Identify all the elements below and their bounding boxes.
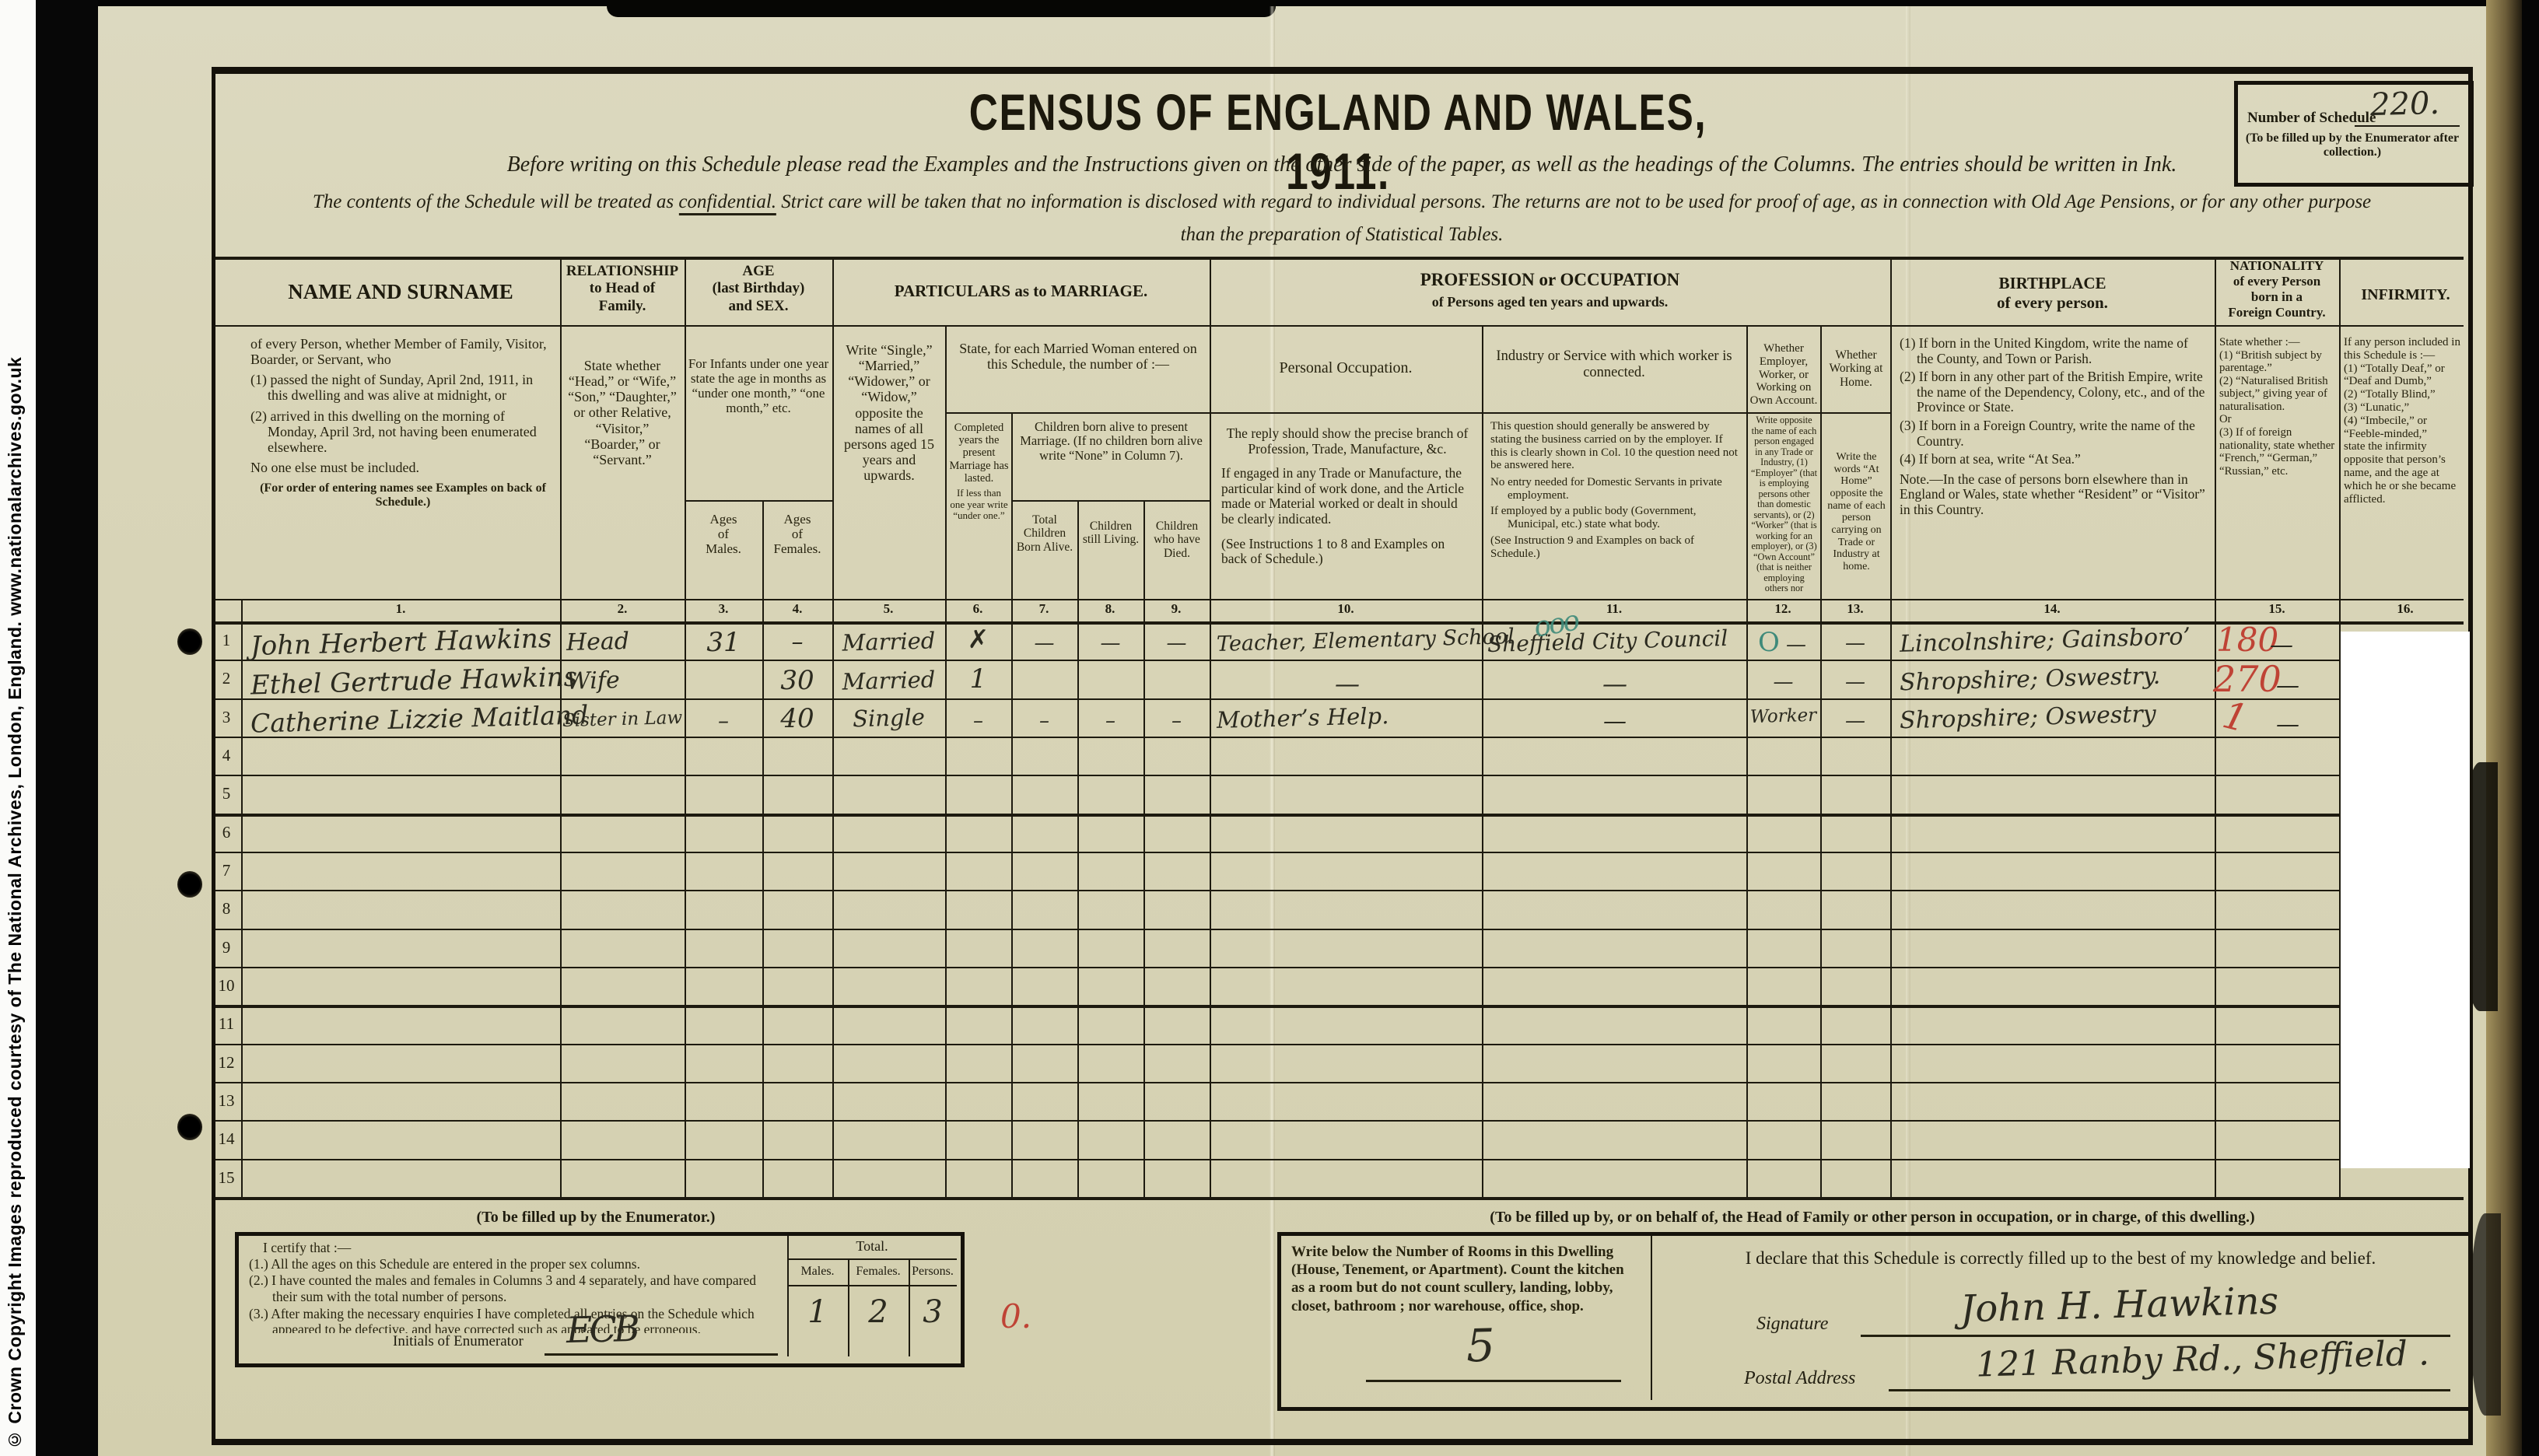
birthplace-note-3: (3) If born in a Foreign Country, write … <box>1900 418 2208 449</box>
nationality-notes: State whether :— (1) “British subject by… <box>2219 336 2336 593</box>
redaction-overlay <box>2341 632 2470 1168</box>
family-heading: (To be filled up by, or on behalf of, th… <box>1277 1209 2467 1227</box>
enumerator-certification: I certify that :— (1.) All the ages on t… <box>249 1240 779 1333</box>
entry-nationality: — <box>2276 711 2299 738</box>
age-split-rule <box>685 500 832 502</box>
row-rule <box>215 1082 2464 1083</box>
column-number: 3. <box>688 601 758 617</box>
females-value: 2 <box>848 1294 909 1330</box>
entry-employer-mark: Worker <box>1748 705 1819 727</box>
entry-children-died: — <box>1145 632 1208 655</box>
rooms-value: 5 <box>1466 1319 1496 1373</box>
entry-relationship: Sister in Law <box>562 708 684 731</box>
entry-nationality: — <box>2276 672 2299 699</box>
instruction-line: Before writing on this Schedule please r… <box>507 152 2177 177</box>
page-title: CENSUS OF ENGLAND AND WALES, 1911. <box>931 82 1744 201</box>
industry-note-3: If employed by a public body (Government… <box>1490 505 1739 531</box>
occupation-note-3: (See Instructions 1 to 8 and Examples on… <box>1221 537 1473 567</box>
marriage-status-notes: Write “Single,” “Married,” “Widower,” or… <box>837 342 941 593</box>
entry-children-died: – <box>1145 709 1208 733</box>
col-header-age: AGE (last Birthday) and SEX. <box>686 263 831 315</box>
edge-shadow <box>2470 1213 2501 1416</box>
col-header-nationality: NATIONALITY of every Person born in a Fo… <box>2216 258 2338 320</box>
postal-address-label: Postal Address <box>1744 1367 1855 1389</box>
signature-value: John H. Hawkins <box>1959 1279 2278 1332</box>
column-number: 9. <box>1141 601 1211 617</box>
confidential-pre: The contents of the Schedule will be tre… <box>313 191 679 212</box>
entry-children-living: — <box>1079 632 1142 655</box>
entry-nationality: — <box>2270 632 2293 659</box>
entry-age-males: 31 <box>686 627 761 658</box>
column-number: 13. <box>1820 601 1890 617</box>
certify-intro: I certify that :— <box>249 1240 779 1256</box>
column-rule <box>1011 412 1013 1197</box>
birthplace-note-2: (2) If born in any other part of the Bri… <box>1900 369 2208 415</box>
name-note-5: (For order of entering names see Example… <box>250 481 555 509</box>
at-home-notes: Write the words “At Home” opposite the n… <box>1825 451 1888 593</box>
col-header-marriage-group: PARTICULARS as to MARRIAGE. <box>834 282 1208 301</box>
name-note-4: No one else must be included. <box>250 460 555 475</box>
column-rule <box>2215 257 2216 1197</box>
industry-note-1: This question should generally be answer… <box>1490 420 1739 472</box>
column-number: 1. <box>366 601 436 617</box>
infirmity-notes: If any person included in this Schedule … <box>2344 336 2468 593</box>
col-header-infirmity: INFIRMITY. <box>2341 286 2471 305</box>
entry-reference-red: 270 <box>2213 658 2282 700</box>
entry-employer-dash: — <box>1746 670 1820 694</box>
rooms-instruction: Write below the Number of Rooms in this … <box>1291 1243 1638 1352</box>
red-check-mark: 0. <box>1000 1297 1031 1335</box>
row-number: 15 <box>212 1168 241 1188</box>
entry-age-females: 40 <box>764 703 831 734</box>
row-number: 9 <box>212 938 241 957</box>
row-number: 3 <box>212 708 241 727</box>
colnum-top-rule <box>215 599 2464 600</box>
entry-marriage: Single <box>835 703 943 733</box>
name-note-3: (2) arrived in this dwelling on the morn… <box>250 408 555 455</box>
entry-years-married: – <box>947 709 1010 733</box>
column-number: 8. <box>1075 601 1145 617</box>
children-total-label: Total Children Born Alive. <box>1014 513 1076 594</box>
entry-at-home: — <box>1822 632 1889 655</box>
males-value: 1 <box>787 1294 848 1330</box>
col-header-profession-sub: of Persons aged ten years and upwards. <box>1211 294 1889 310</box>
column-number: 16. <box>2370 601 2440 617</box>
row-rule <box>215 660 2464 661</box>
years-married-notes: Completed years the present Marriage has… <box>948 422 1010 594</box>
row-rule <box>215 890 2464 891</box>
married-woman-note: State, for each Married Woman entered on… <box>951 341 1206 409</box>
initials-rule <box>545 1353 778 1356</box>
row-number: 12 <box>212 1053 241 1073</box>
entry-age-females: 30 <box>764 665 831 696</box>
rooms-rule <box>1366 1380 1621 1382</box>
entry-employer-dash: — <box>1786 633 1806 656</box>
column-number: 15. <box>2242 601 2312 617</box>
females-label: Females. <box>848 1265 909 1279</box>
industry-notes: This question should generally be answer… <box>1490 420 1739 593</box>
column-number: 11. <box>1579 601 1649 617</box>
row-rule <box>215 929 2464 930</box>
personal-occupation-notes: The reply should show the precise branch… <box>1221 426 1473 593</box>
row-rule <box>215 737 2464 738</box>
entry-marriage: Married <box>835 627 943 656</box>
entry-industry: — <box>1486 669 1744 698</box>
total-label: Total. <box>787 1238 957 1255</box>
row-rule <box>215 1159 2464 1160</box>
column-rule <box>241 599 243 1197</box>
confidential-line2: than the preparation of Statistical Tabl… <box>1181 224 1504 246</box>
enumerator-heading: (To be filled up by the Enumerator.) <box>238 1209 954 1227</box>
entry-years-married: 1 <box>947 663 1010 695</box>
industry-note-4: (See Instruction 9 and Examples on back … <box>1490 534 1739 561</box>
name-column-notes: of every Person, whether Member of Famil… <box>250 336 555 594</box>
industry-title: Industry or Service with which worker is… <box>1486 348 1742 404</box>
film-edge-left <box>36 0 98 1456</box>
entry-marriage: Married <box>835 666 943 695</box>
certify-item-3: (3.) After making the necessary enquirie… <box>249 1306 779 1333</box>
column-number: 2. <box>587 601 657 617</box>
row-number: 14 <box>212 1129 241 1149</box>
row-rule <box>215 814 2464 817</box>
col-header-name: NAME AND SURNAME <box>241 280 560 305</box>
row-rule <box>215 1005 2464 1008</box>
row-number: 11 <box>212 1014 241 1034</box>
header-rule <box>215 325 2464 327</box>
column-rule <box>1890 257 1892 1197</box>
employer-notes: Write opposite the name of each person e… <box>1751 415 1817 593</box>
schedule-number-box: Number of Schedule 220. (To be filled up… <box>2234 81 2474 187</box>
initials-label: Initials of Enumerator <box>393 1333 524 1350</box>
children-living-label: Children still Living. <box>1080 520 1142 597</box>
row-number: 1 <box>212 631 241 650</box>
entry-at-home: — <box>1822 709 1889 733</box>
entry-age-males: – <box>686 708 761 733</box>
column-rule <box>832 257 834 1197</box>
col-header-relationship: RELATIONSHIP to Head of Family. <box>562 263 683 315</box>
column-rule <box>1820 325 1822 1197</box>
name-note-2: (1) passed the night of Sunday, April 2n… <box>250 372 555 403</box>
entry-employer-mark-green: O <box>1758 627 1780 658</box>
col-header-profession-group: PROFESSION or OCCUPATION <box>1211 269 1889 290</box>
entry-children-born: – <box>1013 709 1076 733</box>
entry-at-home: — <box>1822 670 1889 694</box>
birthplace-note-1: (1) If born in the United Kingdom, write… <box>1900 336 2208 366</box>
entry-years-married: ✗ <box>947 624 1010 654</box>
row-rule <box>215 1044 2464 1045</box>
column-number: 4. <box>762 601 832 617</box>
row-number: 6 <box>212 823 241 842</box>
row-number: 7 <box>212 861 241 880</box>
at-home-title: Whether Working at Home. <box>1823 348 1889 408</box>
column-number: 6. <box>943 601 1013 617</box>
certify-item-1: (1.) All the ages on this Schedule are e… <box>249 1256 779 1272</box>
column-number: 14. <box>2017 601 2087 617</box>
persons-value: 3 <box>909 1294 957 1330</box>
name-note-1: of every Person, whether Member of Famil… <box>250 336 555 367</box>
declaration-text: I declare that this Schedule is correctl… <box>1665 1248 2457 1269</box>
row-number: 2 <box>212 669 241 688</box>
signature-label: Signature <box>1756 1313 1828 1335</box>
occupation-note-1: The reply should show the precise branch… <box>1221 426 1473 457</box>
employer-title: Whether Employer, Worker, or Working on … <box>1749 342 1819 409</box>
punch-hole <box>177 871 202 898</box>
subheader-rule <box>945 412 1890 414</box>
ages-males-label: Ages of Males. <box>686 512 761 596</box>
entry-occupation: Mother’s Help. <box>1217 702 1389 733</box>
age-column-notes: For Infants under one year state the age… <box>688 356 829 496</box>
children-born-note: Children born alive to present Marriage.… <box>1016 420 1206 498</box>
industry-note-2: No entry needed for Domestic Servants in… <box>1490 476 1739 502</box>
entry-relationship: Wife <box>566 667 621 695</box>
col-header-birthplace: BIRTHPLACE of every person. <box>1892 274 2213 313</box>
row-rule <box>215 967 2464 968</box>
column-rule <box>1746 325 1748 1197</box>
column-rule <box>1482 325 1483 1197</box>
row-rule <box>215 1197 2464 1200</box>
confidential-word: confidential. <box>678 191 776 215</box>
occupation-note-2: If engaged in any Trade or Manufacture, … <box>1221 466 1473 527</box>
entry-age-females: – <box>764 628 831 656</box>
confidential-line: The contents of the Schedule will be tre… <box>313 191 2371 213</box>
column-number: 5. <box>853 601 923 617</box>
column-number: 10. <box>1311 601 1381 617</box>
years-married-main: Completed years the present Marriage has… <box>948 422 1010 485</box>
row-number: 8 <box>212 899 241 919</box>
entry-occupation: — <box>1215 669 1480 698</box>
row-number: 13 <box>212 1091 241 1111</box>
confidential-post: Strict care will be taken that no inform… <box>776 191 2371 212</box>
column-number: 7. <box>1009 601 1079 617</box>
children-split-rule <box>1011 500 1210 502</box>
schedule-number-label: Number of Schedule <box>2247 110 2376 127</box>
row-number: 5 <box>212 784 241 803</box>
column-number: 12. <box>1748 601 1818 617</box>
personal-occupation-title: Personal Occupation. <box>1211 359 1480 406</box>
row-rule <box>215 1120 2464 1122</box>
relationship-column-notes: State whether “Head,” or “Wife,” “Son,” … <box>565 358 680 591</box>
schedule-number-value: 220. <box>2369 86 2439 123</box>
row-rule <box>215 852 2464 853</box>
males-label: Males. <box>787 1265 848 1279</box>
birthplace-note-5: Note.—In the case of persons born elsewh… <box>1900 472 2208 518</box>
top-edge-shadow <box>607 0 1276 17</box>
row-number: 4 <box>212 746 241 765</box>
schedule-number-rule <box>2355 125 2460 127</box>
postal-address-rule <box>1889 1389 2450 1391</box>
birthplace-notes: (1) If born in the United Kingdom, write… <box>1900 336 2208 593</box>
punch-hole <box>177 628 202 655</box>
row-number: 10 <box>212 976 241 996</box>
entry-children-born: — <box>1013 632 1076 655</box>
persons-label: Persons. <box>909 1265 957 1279</box>
row-rule <box>215 775 2464 776</box>
entry-industry: — <box>1486 708 1744 735</box>
years-married-sub: If less than one year write “under one.” <box>948 488 1010 522</box>
column-rule <box>945 325 947 1197</box>
scanned-census-schedule: © Crown Copyright Images reproduced cour… <box>0 0 2539 1456</box>
table-top-rule <box>215 257 2464 260</box>
birthplace-note-4: (4) If born at sea, write “At Sea.” <box>1900 452 2208 467</box>
copyright-text: © Crown Copyright Images reproduced cour… <box>5 0 36 1450</box>
schedule-number-note: (To be filled up by the Enumerator after… <box>2241 131 2464 160</box>
punch-hole <box>177 1114 202 1140</box>
certify-item-2: (2.) I have counted the males and female… <box>249 1272 779 1304</box>
ages-females-label: Ages of Females. <box>764 512 831 596</box>
entry-children-living: – <box>1079 709 1142 733</box>
children-died-label: Children who have Died. <box>1146 520 1208 597</box>
initials-value: ECB <box>566 1307 637 1351</box>
entry-relationship: Head <box>566 628 630 656</box>
